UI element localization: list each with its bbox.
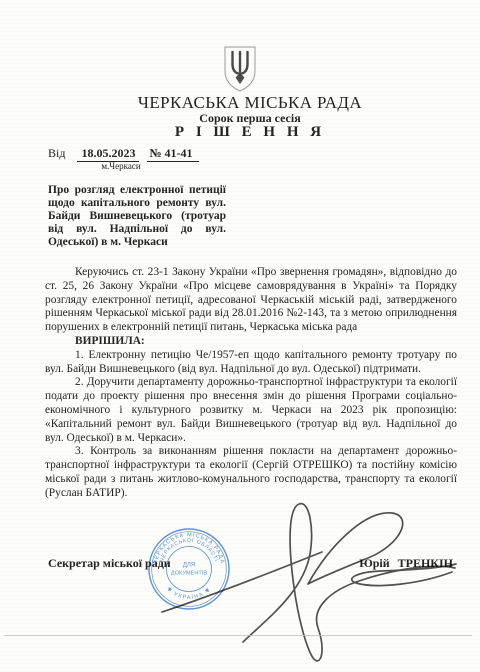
- document-meta: Від18.05.2023№ 41-41: [48, 146, 199, 161]
- document-page: ЧЕРКАСЬКА МІСЬКА РАДА Сорок перша сесія …: [0, 0, 480, 672]
- handwritten-signature: [140, 492, 460, 670]
- city-label: м.Черкаси: [75, 161, 167, 171]
- body-text: Керуючись ст. 23-1 Закону України «Про з…: [45, 266, 457, 501]
- document-number: № 41-41: [147, 146, 198, 162]
- subject-block: Про розгляд електронної петиції щодо кап…: [48, 184, 226, 249]
- document-date: 18.05.2023: [77, 146, 139, 162]
- scan-fold-line: [4, 635, 472, 636]
- from-label: Від: [48, 146, 65, 160]
- org-name: ЧЕРКАСЬКА МІСЬКА РАДА: [45, 93, 455, 113]
- resolved-label: ВИРІШИЛА:: [45, 335, 457, 349]
- document-type-title: Р І Ш Е Н Н Я: [45, 124, 455, 141]
- ukraine-tryzub-icon: [221, 45, 259, 93]
- resolution-item-2: 2. Доручити департаменту дорожньо-трансп…: [45, 376, 457, 445]
- preamble-paragraph: Керуючись ст. 23-1 Закону України «Про з…: [45, 266, 457, 335]
- resolution-item-1: 1. Електронну петицію Че/1957-еп щодо ка…: [45, 349, 457, 377]
